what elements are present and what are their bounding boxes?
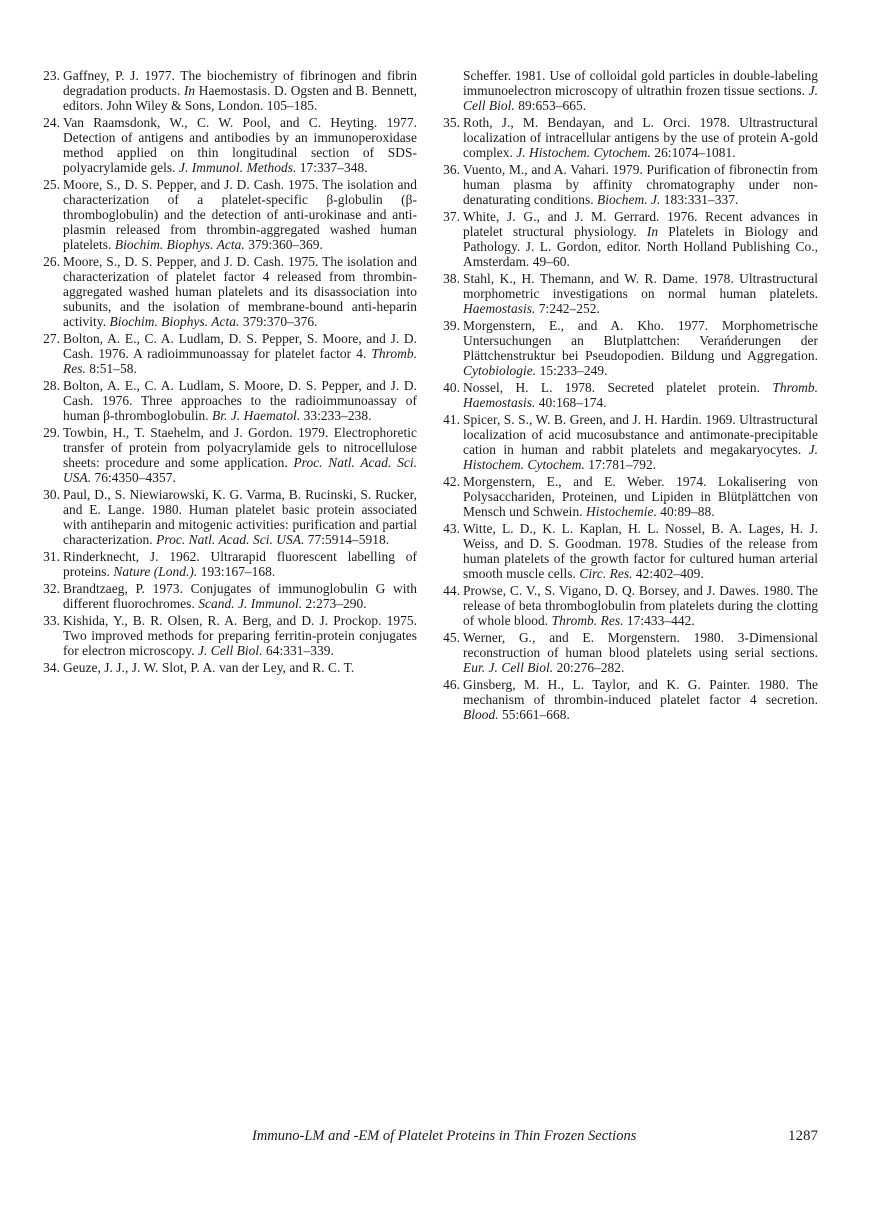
running-title: Immuno-LM and -EM of Platelet Proteins i… (252, 1128, 636, 1145)
reference-segment: Scheffer. 1981. Use of colloidal gold pa… (463, 68, 818, 98)
reference-entry: 29.Towbin, H., T. Staehelm, and J. Gordo… (36, 425, 417, 485)
page-number: 1287 (788, 1128, 818, 1145)
reference-entry: 33.Kishida, Y., B. R. Olsen, R. A. Berg,… (36, 613, 417, 658)
reference-entry: 40.Nossel, H. L. 1978. Secreted platelet… (436, 380, 818, 410)
reference-segment: Nossel, H. L. 1978. Secreted platelet pr… (463, 380, 772, 395)
reference-entry: 27.Bolton, A. E., C. A. Ludlam, D. S. Pe… (36, 331, 417, 376)
reference-number: 40. (436, 380, 460, 395)
reference-italic-segment: Br. J. Haematol. (212, 408, 300, 423)
reference-segment: 17:781–792. (585, 457, 656, 472)
reference-entry: 38.Stahl, K., H. Themann, and W. R. Dame… (436, 271, 818, 316)
reference-number: 32. (36, 581, 60, 596)
reference-segment: 183:331–337. (660, 192, 738, 207)
reference-entry: 31.Rinderknecht, J. 1962. Ultrarapid flu… (36, 549, 417, 579)
reference-number: 36. (436, 162, 460, 177)
reference-number: 23. (36, 68, 60, 83)
reference-segment: 40:168–174. (535, 395, 606, 410)
reference-entry: 23.Gaffney, P. J. 1977. The biochemistry… (36, 68, 417, 113)
reference-entry: 39.Morgenstern, E., and A. Kho. 1977. Mo… (436, 318, 818, 378)
reference-segment: 40:89–88. (657, 504, 715, 519)
reference-text: Ginsberg, M. H., L. Taylor, and K. G. Pa… (463, 677, 818, 722)
reference-text: Roth, J., M. Bendayan, and L. Orci. 1978… (463, 115, 818, 160)
reference-text: Prowse, C. V., S. Vigano, D. Q. Borsey, … (463, 583, 818, 628)
reference-number: 24. (36, 115, 60, 130)
reference-entry: 35.Roth, J., M. Bendayan, and L. Orci. 1… (436, 115, 818, 160)
reference-italic-segment: Thromb. Res. (552, 613, 624, 628)
reference-entry: 45.Werner, G., and E. Morgenstern. 1980.… (436, 630, 818, 675)
reference-entry: 41.Spicer, S. S., W. B. Green, and J. H.… (436, 412, 818, 472)
reference-segment: 76:4350–4357. (91, 470, 176, 485)
reference-italic-segment: Blood. (463, 707, 499, 722)
reference-number: 30. (36, 487, 60, 502)
reference-entry: 42.Morgenstern, E., and E. Weber. 1974. … (436, 474, 818, 519)
reference-segment: Spicer, S. S., W. B. Green, and J. H. Ha… (463, 412, 818, 457)
reference-segment: Geuze, J. J., J. W. Slot, P. A. van der … (63, 660, 354, 675)
reference-text: Werner, G., and E. Morgenstern. 1980. 3-… (463, 630, 818, 675)
reference-italic-segment: In (647, 224, 658, 239)
reference-number: 37. (436, 209, 460, 224)
reference-italic-segment: Circ. Res. (579, 566, 632, 581)
reference-segment: 77:5914–5918. (304, 532, 389, 547)
reference-number: 26. (36, 254, 60, 269)
reference-text: Vuento, M., and A. Vahari. 1979. Purific… (463, 162, 818, 207)
reference-entry: 28.Bolton, A. E., C. A. Ludlam, S. Moore… (36, 378, 417, 423)
reference-entry: 25.Moore, S., D. S. Pepper, and J. D. Ca… (36, 177, 417, 252)
reference-segment: Werner, G., and E. Morgenstern. 1980. 3-… (463, 630, 818, 660)
reference-italic-segment: Eur. J. Cell Biol. (463, 660, 553, 675)
reference-italic-segment: Biochim. Biophys. Acta. (109, 314, 239, 329)
reference-number: 42. (436, 474, 460, 489)
reference-text: White, J. G., and J. M. Gerrard. 1976. R… (463, 209, 818, 269)
reference-italic-segment: J. Histochem. Cytochem. (516, 145, 651, 160)
references-left-column: 23.Gaffney, P. J. 1977. The biochemistry… (36, 68, 417, 677)
reference-number: 34. (36, 660, 60, 675)
reference-text: Paul, D., S. Niewiarowski, K. G. Varma, … (63, 487, 417, 547)
reference-segment: 26:1074–1081. (651, 145, 736, 160)
reference-text: Moore, S., D. S. Pepper, and J. D. Cash.… (63, 254, 417, 329)
reference-number: 27. (36, 331, 60, 346)
reference-entry: 30.Paul, D., S. Niewiarowski, K. G. Varm… (36, 487, 417, 547)
reference-number: 28. (36, 378, 60, 393)
reference-text: Rinderknecht, J. 1962. Ultrarapid fluore… (63, 549, 417, 579)
reference-text: Bolton, A. E., C. A. Ludlam, D. S. Peppe… (63, 331, 417, 376)
reference-number: 46. (436, 677, 460, 692)
reference-number: 39. (436, 318, 460, 333)
reference-text: Kishida, Y., B. R. Olsen, R. A. Berg, an… (63, 613, 417, 658)
reference-text: Stahl, K., H. Themann, and W. R. Dame. 1… (463, 271, 818, 316)
reference-italic-segment: J. Cell Biol. (198, 643, 263, 658)
reference-text: Witte, L. D., K. L. Kaplan, H. L. Nossel… (463, 521, 818, 581)
reference-segment: 17:433–442. (623, 613, 694, 628)
reference-text: Scheffer. 1981. Use of colloidal gold pa… (463, 68, 818, 113)
reference-text: Moore, S., D. S. Pepper, and J. D. Cash.… (63, 177, 417, 252)
reference-text: Bolton, A. E., C. A. Ludlam, S. Moore, D… (63, 378, 417, 423)
reference-segment: Bolton, A. E., C. A. Ludlam, D. S. Peppe… (63, 331, 417, 361)
reference-segment: 64:331–339. (263, 643, 334, 658)
reference-italic-segment: Biochem. J. (597, 192, 660, 207)
reference-text: Gaffney, P. J. 1977. The biochemistry of… (63, 68, 417, 113)
reference-italic-segment: Scand. J. Immunol. (198, 596, 302, 611)
reference-italic-segment: Histochemie. (586, 504, 657, 519)
reference-text: Towbin, H., T. Staehelm, and J. Gordon. … (63, 425, 417, 485)
reference-italic-segment: Cytobiologie. (463, 363, 536, 378)
reference-entry: 34.Geuze, J. J., J. W. Slot, P. A. van d… (36, 660, 417, 675)
reference-italic-segment: Proc. Natl. Acad. Sci. USA. (156, 532, 304, 547)
reference-segment: Ginsberg, M. H., L. Taylor, and K. G. Pa… (463, 677, 818, 707)
reference-segment: 42:402–409. (633, 566, 704, 581)
reference-entry: 46.Ginsberg, M. H., L. Taylor, and K. G.… (436, 677, 818, 722)
page-footer: Immuno-LM and -EM of Platelet Proteins i… (252, 1128, 818, 1145)
reference-entry: 43.Witte, L. D., K. L. Kaplan, H. L. Nos… (436, 521, 818, 581)
reference-italic-segment: J. Immunol. Methods. (179, 160, 296, 175)
reference-italic-segment: Biochim. Biophys. Acta. (115, 237, 245, 252)
reference-italic-segment: In (184, 83, 195, 98)
reference-text: Brandtzaeg, P. 1973. Conjugates of immun… (63, 581, 417, 611)
reference-segment: Morgenstern, E., and A. Kho. 1977. Morph… (463, 318, 818, 363)
reference-number: 29. (36, 425, 60, 440)
reference-entry: 32.Brandtzaeg, P. 1973. Conjugates of im… (36, 581, 417, 611)
reference-text: Geuze, J. J., J. W. Slot, P. A. van der … (63, 660, 354, 675)
reference-number: 25. (36, 177, 60, 192)
reference-segment: 193:167–168. (197, 564, 275, 579)
reference-number: 43. (436, 521, 460, 536)
reference-segment: 33:233–238. (300, 408, 371, 423)
reference-entry: 36.Vuento, M., and A. Vahari. 1979. Puri… (436, 162, 818, 207)
reference-segment: 7:242–252. (535, 301, 600, 316)
reference-text: Morgenstern, E., and E. Weber. 1974. Lok… (463, 474, 818, 519)
reference-segment: 17:337–348. (296, 160, 367, 175)
reference-number: 45. (436, 630, 460, 645)
reference-segment: 379:370–376. (239, 314, 317, 329)
reference-segment: 379:360–369. (245, 237, 323, 252)
reference-segment: 20:276–282. (553, 660, 624, 675)
reference-italic-segment: Nature (Lond.). (113, 564, 197, 579)
reference-text: Morgenstern, E., and A. Kho. 1977. Morph… (463, 318, 818, 378)
reference-italic-segment: Haemostasis. (463, 301, 535, 316)
reference-number: 41. (436, 412, 460, 427)
reference-segment: 15:233–249. (536, 363, 607, 378)
reference-entry: 37.White, J. G., and J. M. Gerrard. 1976… (436, 209, 818, 269)
reference-text: Spicer, S. S., W. B. Green, and J. H. Ha… (463, 412, 818, 472)
reference-segment: 89:653–665. (515, 98, 586, 113)
reference-text: Nossel, H. L. 1978. Secreted platelet pr… (463, 380, 818, 410)
reference-number: 31. (36, 549, 60, 564)
reference-number: 44. (436, 583, 460, 598)
reference-segment: 8:51–58. (86, 361, 137, 376)
reference-segment: Stahl, K., H. Themann, and W. R. Dame. 1… (463, 271, 818, 301)
reference-entry: 44.Prowse, C. V., S. Vigano, D. Q. Borse… (436, 583, 818, 628)
reference-segment: 55:661–668. (499, 707, 570, 722)
reference-segment: 2:273–290. (302, 596, 367, 611)
reference-number: 38. (436, 271, 460, 286)
reference-entry: 26.Moore, S., D. S. Pepper, and J. D. Ca… (36, 254, 417, 329)
reference-number: 33. (36, 613, 60, 628)
reference-entry: 24.Van Raamsdonk, W., C. W. Pool, and C.… (36, 115, 417, 175)
reference-entry: Scheffer. 1981. Use of colloidal gold pa… (436, 68, 818, 113)
references-right-column: Scheffer. 1981. Use of colloidal gold pa… (436, 68, 818, 724)
reference-number: 35. (436, 115, 460, 130)
reference-text: Van Raamsdonk, W., C. W. Pool, and C. He… (63, 115, 417, 175)
